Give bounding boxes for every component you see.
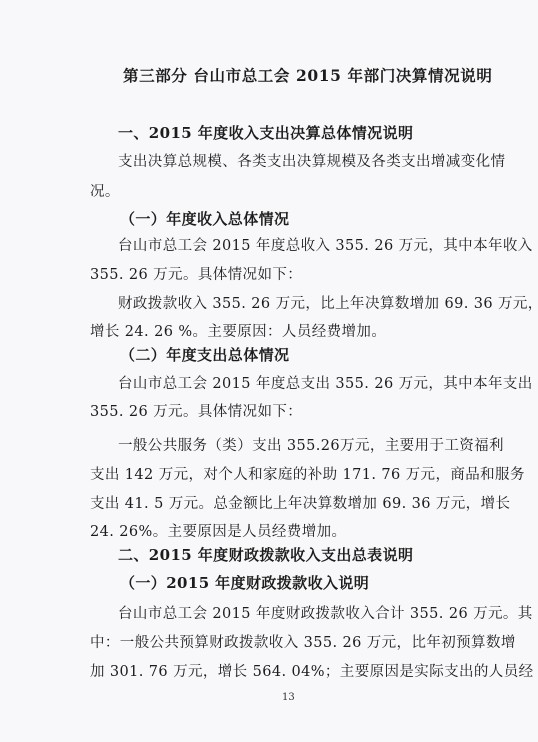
paragraph-line: 况。 [90, 182, 120, 202]
paragraph-line: 加 301. 76 万元，增长 564. 04%；主要原因是实际支出的人员经 [90, 662, 498, 682]
paragraph-line: 355. 26 万元。具体情况如下： [90, 265, 302, 285]
paragraph-line: 台山市总工会 2015 年度财政拨款收入合计 355. 26 万元。其 [118, 604, 498, 624]
subsection-heading-expenditure: （二）年度支出总体情况 [120, 345, 289, 365]
paragraph-line: 一般公共服务（类）支出 355.26万元，主要用于工资福利 [118, 436, 498, 456]
paragraph-line: 支出 142 万元，对个人和家庭的补助 171. 76 万元，商品和服务 [90, 465, 498, 485]
paragraph-line: 支出 41. 5 万元。总金额比上年决算数增加 69. 36 万元，增长 [90, 494, 498, 514]
section-heading-1: 一、2015 年度收入支出决算总体情况说明 [118, 123, 413, 143]
page-number: 13 [282, 692, 295, 704]
paragraph-line: 财政拨款收入 355. 26 万元，比上年决算数增加 69. 36 万元， [118, 294, 498, 314]
subsection-heading-income: （一）年度收入总体情况 [120, 209, 289, 229]
paragraph-line: 台山市总工会 2015 年度总收入 355. 26 万元，其中本年收入 [118, 236, 498, 256]
paragraph-line: 台山市总工会 2015 年度总支出 355. 26 万元，其中本年支出 [118, 374, 498, 394]
paragraph-line: 增长 24. 26 %。主要原因：人员经费增加。 [90, 322, 386, 342]
section-heading-2: 二、2015 年度财政拨款收入支出总表说明 [118, 545, 413, 565]
subsection-heading-fiscal-income: （一）2015 年度财政拨款收入说明 [120, 573, 369, 593]
paragraph-line: 355. 26 万元。具体情况如下： [90, 402, 302, 422]
paragraph-line: 支出决算总规模、各类支出决算规模及各类支出增减变化情 [118, 152, 498, 172]
page-title: 第三部分 台山市总工会 2015 年部门决算情况说明 [123, 66, 492, 86]
paragraph-line: 24. 26%。主要原因是人员经费增加。 [90, 522, 346, 542]
paragraph-line: 中：一般公共预算财政拨款收入 355. 26 万元，比年初预算数增 [90, 633, 498, 653]
document-page: 第三部分 台山市总工会 2015 年部门决算情况说明 一、2015 年度收入支出… [0, 0, 538, 742]
